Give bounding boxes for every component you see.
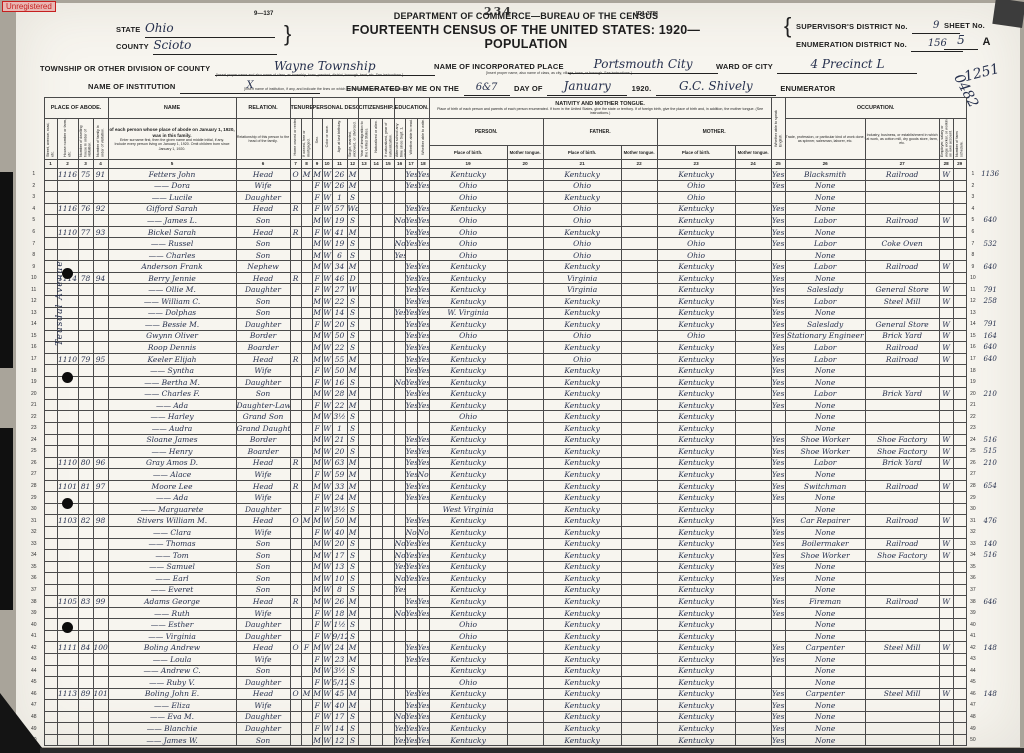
person-tongue-cell: [507, 353, 543, 365]
industry-cell: [865, 677, 939, 689]
name-cell: —— Earl: [108, 573, 236, 585]
mother-birthplace-cell: Kentucky: [657, 469, 735, 481]
person-birthplace-cell: Ohio: [429, 238, 507, 250]
naturalization-year-cell: [382, 307, 394, 319]
read-cell: Yes: [405, 573, 417, 585]
farm-schedule-cell: [953, 688, 966, 700]
father-tongue-cell: [621, 596, 657, 608]
mortgage-cell: [301, 284, 312, 296]
immigration-year-cell: [358, 538, 370, 550]
person-tongue-cell: [507, 342, 543, 354]
write-cell: Yes: [417, 319, 429, 331]
marital-cell: S: [347, 665, 358, 677]
father-birthplace-cell: Kentucky: [543, 457, 621, 469]
read-cell: Yes: [405, 653, 417, 665]
naturalized-cell: [370, 469, 382, 481]
person-tongue-cell: [507, 469, 543, 481]
relation-cell: Daughter: [236, 723, 290, 735]
dwelling-number-cell: [78, 665, 93, 677]
row-number-left: 37: [24, 584, 44, 596]
person-tongue-cell: [507, 711, 543, 723]
mother-birthplace-cell: Kentucky: [657, 700, 735, 712]
immigration-year-cell: [358, 653, 370, 665]
col-read: Whether able to read.: [405, 119, 417, 160]
farm-schedule-cell: [953, 261, 966, 273]
industry-cell: General Store: [865, 319, 939, 331]
naturalized-cell: [370, 226, 382, 238]
naturalized-cell: [370, 526, 382, 538]
row-number-right: 14: [966, 319, 979, 331]
farm-schedule-cell: [953, 561, 966, 573]
dwelling-number-cell: [78, 492, 93, 504]
english-cell: Yes: [771, 723, 785, 735]
age-cell: 16: [332, 376, 347, 388]
race-cell: W: [322, 469, 332, 481]
write-cell: [417, 503, 429, 515]
street-cell: [44, 665, 57, 677]
census-row: 281-7-2611018197Moore LeeHeadRMW33MYesYe…: [24, 480, 1001, 492]
farm-schedule-cell: [953, 711, 966, 723]
name-cell: —— Ruth: [108, 607, 236, 619]
father-birthplace-cell: Kentucky: [543, 665, 621, 677]
row-number-left: 15: [24, 330, 44, 342]
mother-tongue-cell: [735, 584, 771, 596]
house-number-cell: 1103: [57, 515, 78, 527]
family-number-cell: 98: [93, 515, 108, 527]
mother-tongue-cell: [735, 688, 771, 700]
farm-schedule-cell: [953, 503, 966, 515]
read-cell: Yes: [405, 734, 417, 746]
industry-cell: Railroad: [865, 215, 939, 227]
sex-cell: M: [312, 688, 322, 700]
naturalization-year-cell: [382, 434, 394, 446]
mother-tongue-cell: [735, 307, 771, 319]
naturalization-year-cell: [382, 226, 394, 238]
mother-birthplace-cell: Kentucky: [657, 376, 735, 388]
immigration-year-cell: [358, 526, 370, 538]
name-cell: —— Eva M.: [108, 711, 236, 723]
father-tongue-cell: [621, 630, 657, 642]
naturalized-cell: [370, 284, 382, 296]
read-cell: Yes: [405, 596, 417, 608]
family-number-cell: 92: [93, 203, 108, 215]
person-tongue-cell: [507, 330, 543, 342]
race-cell: W: [322, 388, 332, 400]
margin-number-cell: 1136: [979, 169, 1001, 181]
english-cell: Yes: [771, 342, 785, 354]
occupation-cell: None: [785, 607, 865, 619]
person-tongue-cell: [507, 296, 543, 308]
mother-birthplace-cell: Kentucky: [657, 203, 735, 215]
mother-birthplace-cell: Kentucky: [657, 319, 735, 331]
read-cell: Yes: [405, 376, 417, 388]
street-cell: [44, 457, 57, 469]
naturalized-cell: [370, 376, 382, 388]
read-cell: Yes: [405, 261, 417, 273]
write-cell: Yes: [417, 480, 429, 492]
margin-number-cell: [979, 180, 1001, 192]
father-tongue-cell: [621, 515, 657, 527]
write-cell: Yes: [417, 238, 429, 250]
census-row: 45—— Ruby V.DaughterFW5/12SOhioKentuckyK…: [24, 677, 1001, 689]
naturalization-year-cell: [382, 619, 394, 631]
naturalized-cell: [370, 630, 382, 642]
person-birthplace-cell: Kentucky: [429, 457, 507, 469]
row-number-right: 29: [966, 492, 979, 504]
naturalized-cell: [370, 434, 382, 446]
row-number-right: 18: [966, 365, 979, 377]
sex-cell: M: [312, 584, 322, 596]
naturalized-cell: [370, 238, 382, 250]
home-owned-cell: [290, 319, 301, 331]
group-place-of-abode: PLACE OF ABODE.: [44, 98, 108, 119]
race-cell: W: [322, 677, 332, 689]
occupation-cell: None: [785, 653, 865, 665]
industry-cell: [865, 561, 939, 573]
margin-number-cell: 148: [979, 688, 1001, 700]
race-cell: W: [322, 249, 332, 261]
immigration-year-cell: [358, 307, 370, 319]
census-row: 19—— Bertha M.DaughterFW16SNoYesYesKentu…: [24, 376, 1001, 388]
farm-schedule-cell: [953, 596, 966, 608]
immigration-year-cell: [358, 169, 370, 181]
margin-number-cell: 646: [979, 596, 1001, 608]
father-birthplace-cell: Kentucky: [543, 503, 621, 515]
farm-schedule-cell: [953, 700, 966, 712]
father-birthplace-cell: Kentucky: [543, 365, 621, 377]
english-cell: Yes: [771, 434, 785, 446]
industry-cell: [865, 180, 939, 192]
dwelling-number-cell: [78, 677, 93, 689]
mortgage-cell: [301, 423, 312, 435]
write-cell: Yes: [417, 446, 429, 458]
school-cell: [394, 665, 405, 677]
naturalization-year-cell: [382, 446, 394, 458]
english-cell: [771, 423, 785, 435]
name-cell: —— Bertha M.: [108, 376, 236, 388]
row-number-left: 36: [24, 573, 44, 585]
punch-hole: [62, 372, 73, 383]
naturalized-cell: [370, 642, 382, 654]
write-cell: Yes: [417, 596, 429, 608]
farm-schedule-cell: [953, 630, 966, 642]
name-cell: Boling Andrew: [108, 642, 236, 654]
naturalized-cell: [370, 307, 382, 319]
marital-cell: S: [347, 434, 358, 446]
mother-birthplace-cell: Kentucky: [657, 607, 735, 619]
name-cell: —— Marguarete: [108, 503, 236, 515]
immigration-year-cell: [358, 469, 370, 481]
industry-cell: [865, 272, 939, 284]
form-number-left: 9—137: [254, 11, 273, 17]
mother-birthplace-cell: Ohio: [657, 180, 735, 192]
relation-cell: Daughter: [236, 319, 290, 331]
farm-schedule-cell: [953, 526, 966, 538]
census-sheet: 9—137 234 [D1-378] DEPARTMENT OF COMMERC…: [16, 3, 1020, 747]
family-number-cell: [93, 573, 108, 585]
naturalized-cell: [370, 180, 382, 192]
census-row: 34—— TomSonMW17SNoYesYesKentuckyKentucky…: [24, 550, 1001, 562]
row-number-left: 21: [24, 399, 44, 411]
relation-cell: Daughter: [236, 376, 290, 388]
home-owned-cell: O: [290, 688, 301, 700]
father-tongue-cell: [621, 480, 657, 492]
school-cell: [394, 515, 405, 527]
mortgage-cell: [301, 596, 312, 608]
worker-class-cell: [939, 734, 953, 746]
read-cell: Yes: [405, 492, 417, 504]
col-worker-class: Employer, salary or wage worker, or work…: [939, 119, 953, 160]
dwelling-number-cell: [78, 573, 93, 585]
sex-cell: M: [312, 388, 322, 400]
row-number-left: 39: [24, 607, 44, 619]
col-name-note: of each person whose place of abode on J…: [108, 119, 236, 160]
marital-cell: S: [347, 215, 358, 227]
farm-schedule-cell: [953, 365, 966, 377]
father-tongue-cell: [621, 423, 657, 435]
sex-cell: M: [312, 411, 322, 423]
read-cell: [405, 411, 417, 423]
row-number-left: 30: [24, 503, 44, 515]
name-cell: Boling John E.: [108, 688, 236, 700]
dwelling-number-cell: [78, 238, 93, 250]
dwelling-number-cell: [78, 284, 93, 296]
marital-cell: S: [347, 192, 358, 204]
person-birthplace-cell: Kentucky: [429, 261, 507, 273]
age-cell: 50: [332, 330, 347, 342]
father-tongue-cell: [621, 550, 657, 562]
father-tongue-cell: [621, 307, 657, 319]
immigration-year-cell: [358, 677, 370, 689]
row-number-right: 3: [966, 192, 979, 204]
age-cell: 63: [332, 457, 347, 469]
english-cell: Yes: [771, 688, 785, 700]
industry-cell: [865, 365, 939, 377]
census-title: FOURTEENTH CENSUS OF THE UNITED STATES: …: [336, 23, 716, 51]
marital-cell: S: [347, 573, 358, 585]
read-cell: Yes: [405, 169, 417, 181]
margin-number-cell: [979, 653, 1001, 665]
industry-cell: [865, 192, 939, 204]
write-cell: Yes: [417, 711, 429, 723]
english-cell: Yes: [771, 215, 785, 227]
house-number-cell: [57, 665, 78, 677]
farm-schedule-cell: [953, 180, 966, 192]
row-number-right: 50: [966, 734, 979, 746]
occupation-cell: Saleslady: [785, 319, 865, 331]
read-cell: Yes: [405, 469, 417, 481]
immigration-year-cell: [358, 353, 370, 365]
dwelling-number-cell: [78, 192, 93, 204]
immigration-year-cell: [358, 399, 370, 411]
row-number-right: 31: [966, 515, 979, 527]
margin-number-cell: 640: [979, 342, 1001, 354]
read-cell: Yes: [405, 446, 417, 458]
english-cell: Yes: [771, 538, 785, 550]
state-value: Ohio: [145, 21, 174, 35]
mother-tongue-cell: [735, 399, 771, 411]
home-owned-cell: [290, 723, 301, 735]
occupation-cell: None: [785, 619, 865, 631]
race-cell: W: [322, 457, 332, 469]
name-cell: —— Samuel: [108, 561, 236, 573]
name-cell: —— Bessie M.: [108, 319, 236, 331]
relation-cell: Son: [236, 573, 290, 585]
race-cell: W: [322, 330, 332, 342]
naturalization-year-cell: [382, 353, 394, 365]
read-cell: Yes: [405, 607, 417, 619]
census-row: 15Gwynn OliverBorderMW50SYesYesOhioOhioO…: [24, 330, 1001, 342]
mother-birthplace-cell: Kentucky: [657, 296, 735, 308]
english-cell: Yes: [771, 353, 785, 365]
age-cell: 28: [332, 388, 347, 400]
sex-cell: F: [312, 226, 322, 238]
marital-cell: S: [347, 376, 358, 388]
sex-cell: M: [312, 734, 322, 746]
industry-cell: [865, 411, 939, 423]
marital-cell: M: [347, 180, 358, 192]
person-birthplace-cell: Kentucky: [429, 434, 507, 446]
person-tongue-cell: [507, 665, 543, 677]
family-number-cell: [93, 342, 108, 354]
age-cell: 14: [332, 723, 347, 735]
name-cell: Adams George: [108, 596, 236, 608]
dwelling-number-cell: [78, 653, 93, 665]
naturalization-year-cell: [382, 734, 394, 746]
farm-schedule-cell: [953, 492, 966, 504]
person-birthplace-cell: Kentucky: [429, 469, 507, 481]
house-number-cell: [57, 561, 78, 573]
occupation-cell: Car Repairer: [785, 515, 865, 527]
immigration-year-cell: [358, 550, 370, 562]
age-cell: 45: [332, 688, 347, 700]
person-tongue-cell: [507, 446, 543, 458]
row-number-left: 12: [24, 296, 44, 308]
person-birthplace-cell: Kentucky: [429, 700, 507, 712]
person-tongue-cell: [507, 596, 543, 608]
street-cell: [44, 550, 57, 562]
relation-cell: Grand Son: [236, 411, 290, 423]
age-cell: 18: [332, 607, 347, 619]
relation-cell: Daughter: [236, 619, 290, 631]
naturalized-cell: [370, 711, 382, 723]
immigration-year-cell: [358, 630, 370, 642]
worker-class-cell: [939, 249, 953, 261]
school-cell: No: [394, 550, 405, 562]
row-number-left: 34: [24, 550, 44, 562]
home-owned-cell: O: [290, 642, 301, 654]
home-owned-cell: [290, 180, 301, 192]
worker-class-cell: [939, 399, 953, 411]
occupation-cell: None: [785, 411, 865, 423]
marital-cell: M: [347, 457, 358, 469]
industry-cell: [865, 584, 939, 596]
age-cell: 5/12: [332, 677, 347, 689]
mother-birthplace-cell: Kentucky: [657, 723, 735, 735]
mortgage-cell: [301, 330, 312, 342]
sex-cell: M: [312, 261, 322, 273]
father-tongue-cell: [621, 607, 657, 619]
mother-tongue-cell: [735, 677, 771, 689]
mother-birthplace-cell: Kentucky: [657, 630, 735, 642]
sex-cell: F: [312, 203, 322, 215]
person-birthplace-cell: Kentucky: [429, 596, 507, 608]
person-birthplace-cell: Kentucky: [429, 376, 507, 388]
naturalization-year-cell: [382, 665, 394, 677]
industry-cell: [865, 619, 939, 631]
father-tongue-cell: [621, 330, 657, 342]
name-cell: —— Henry: [108, 446, 236, 458]
person-tongue-cell: [507, 550, 543, 562]
row-number-right: 27: [966, 469, 979, 481]
worker-class-cell: [939, 723, 953, 735]
person-tongue-cell: [507, 584, 543, 596]
person-tongue-cell: [507, 492, 543, 504]
farm-schedule-cell: [953, 446, 966, 458]
row-number-right: 40: [966, 619, 979, 631]
write-cell: Yes: [417, 272, 429, 284]
mother-birthplace-cell: Kentucky: [657, 596, 735, 608]
home-owned-cell: [290, 653, 301, 665]
census-row: 111167591Fetters JohnHeadOMMW26MYesYesKe…: [24, 169, 1001, 181]
father-birthplace-cell: Kentucky: [543, 192, 621, 204]
house-number-cell: [57, 180, 78, 192]
person-tongue-cell: [507, 642, 543, 654]
worker-class-cell: [939, 607, 953, 619]
read-cell: Yes: [405, 330, 417, 342]
relation-cell: Head: [236, 203, 290, 215]
age-cell: 14: [332, 307, 347, 319]
name-cell: —— Eliza: [108, 700, 236, 712]
home-owned-cell: [290, 423, 301, 435]
sex-cell: M: [312, 330, 322, 342]
family-number-cell: 93: [93, 226, 108, 238]
row-number-right: 30: [966, 503, 979, 515]
marital-cell: M: [347, 653, 358, 665]
family-number-cell: 100: [93, 642, 108, 654]
margin-number-cell: [979, 723, 1001, 735]
relation-cell: Wife: [236, 700, 290, 712]
age-cell: 22: [332, 296, 347, 308]
relation-cell: Wife: [236, 526, 290, 538]
home-owned-cell: [290, 584, 301, 596]
write-cell: Yes: [417, 307, 429, 319]
read-cell: Yes: [405, 480, 417, 492]
school-cell: Yes: [394, 723, 405, 735]
naturalized-cell: [370, 192, 382, 204]
person-birthplace-cell: Kentucky: [429, 642, 507, 654]
race-cell: W: [322, 319, 332, 331]
worker-class-cell: W: [939, 215, 953, 227]
immigration-year-cell: [358, 434, 370, 446]
write-cell: No: [417, 469, 429, 481]
marital-cell: S: [347, 411, 358, 423]
row-number-right: 5: [966, 215, 979, 227]
row-number-right: 13: [966, 307, 979, 319]
mother-tongue-cell: [735, 434, 771, 446]
write-cell: [417, 192, 429, 204]
name-cell: —— Ollie M.: [108, 284, 236, 296]
relation-cell: Daughter: [236, 503, 290, 515]
farm-schedule-cell: [953, 203, 966, 215]
street-cell: [44, 596, 57, 608]
mother-tongue-cell: [735, 203, 771, 215]
mortgage-cell: [301, 180, 312, 192]
father-tongue-cell: [621, 411, 657, 423]
father-birthplace-cell: Kentucky: [543, 584, 621, 596]
person-tongue-cell: [507, 215, 543, 227]
read-cell: Yes: [405, 538, 417, 550]
